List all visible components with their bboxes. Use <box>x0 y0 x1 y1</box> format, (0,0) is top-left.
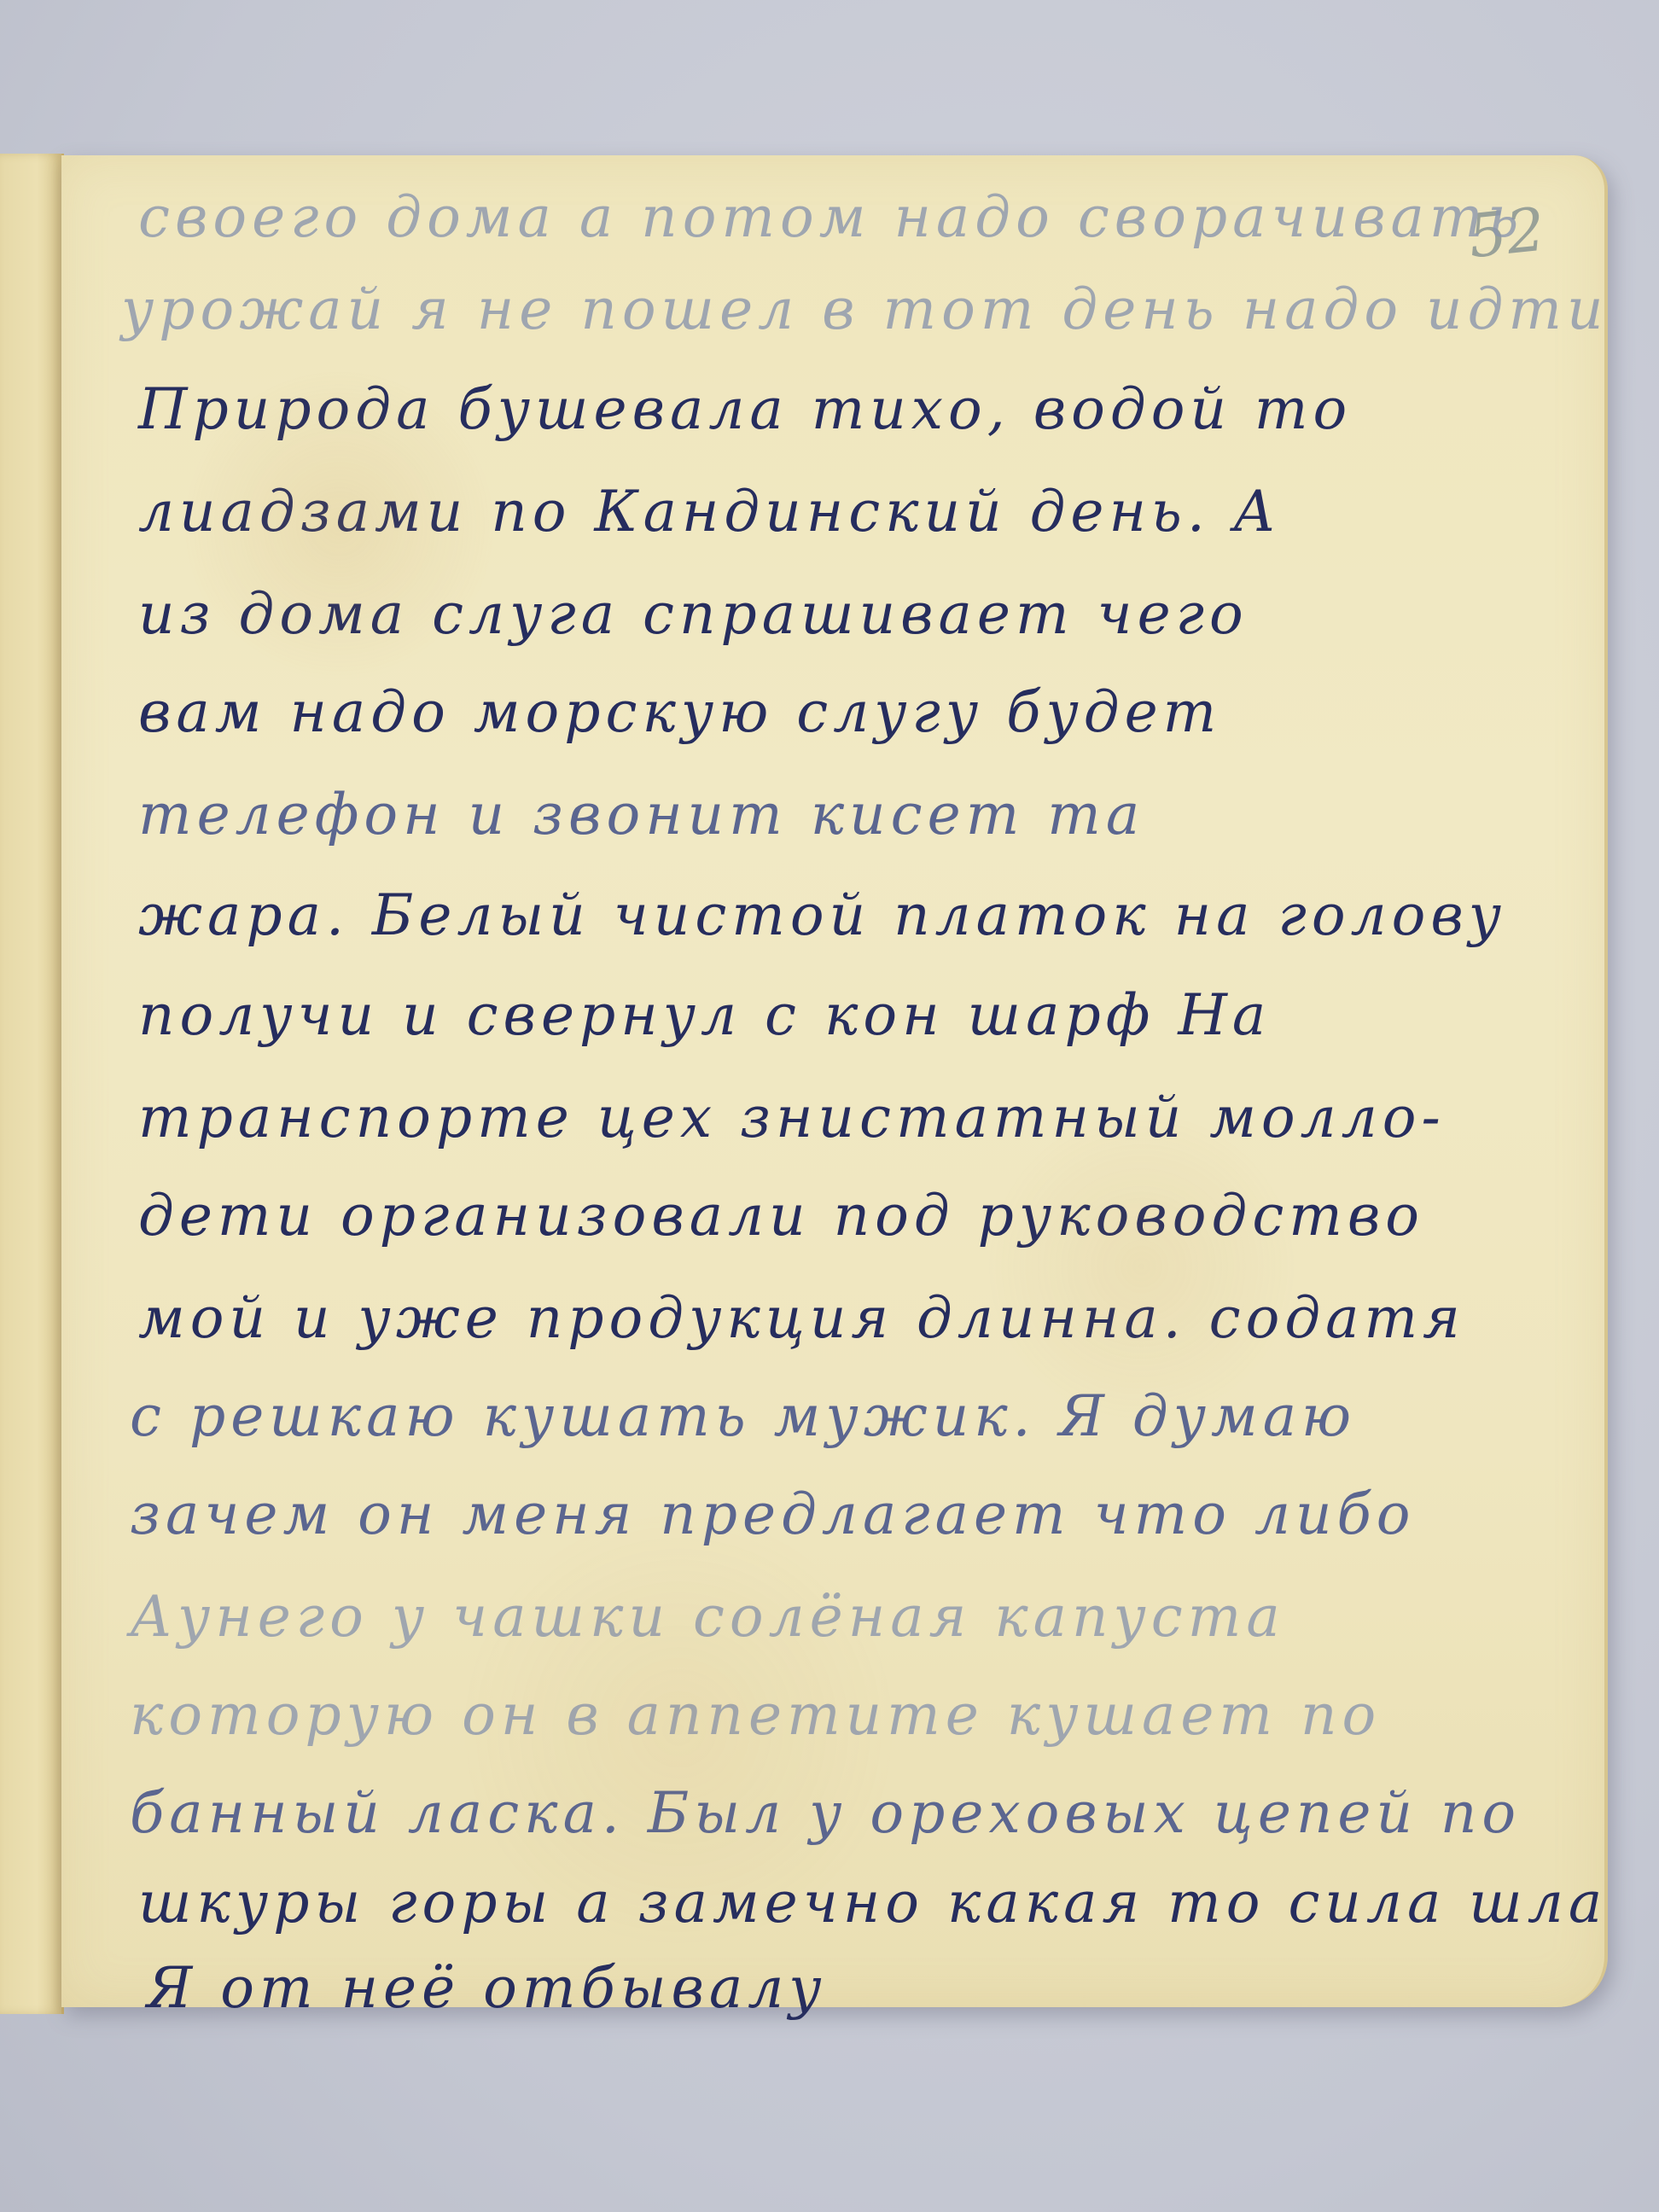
text-line-5: из дома слуга спрашивает чего <box>138 586 1249 643</box>
text-line-8: жара. Белый чистой платок на голову <box>138 888 1506 944</box>
text-line-4: лиадзами по Кандинский день. А <box>138 484 1281 540</box>
text-line-6: вам надо морскую слугу будет <box>138 684 1221 741</box>
text-line-2: урожай я не пошел в тот день надо идти <box>121 282 1609 338</box>
text-line-7: телефон и звонит кисет та <box>138 787 1144 843</box>
previous-page-edge <box>0 154 64 2014</box>
text-line-16: которую он в аппетите кушает по <box>130 1687 1381 1743</box>
text-line-13: с решкаю кушать мужик. Я думаю <box>130 1388 1356 1445</box>
text-line-18: шкуры горы а замечно какая то сила шла <box>138 1875 1607 1931</box>
text-line-9: получи и свернул с кон шарф На <box>138 987 1271 1044</box>
text-line-19: Я от неё отбывалу <box>147 1960 827 2017</box>
text-line-1: своего дома а потом надо сворачивать <box>138 189 1523 246</box>
text-line-17: банный ласка. Был у ореховых цепей по <box>130 1785 1521 1842</box>
text-line-15: Аунего у чашки солёная капуста <box>130 1589 1285 1645</box>
text-line-11: дети организовали под руководство <box>138 1188 1424 1244</box>
text-line-12: мой и уже продукция длинна. содатя <box>138 1290 1465 1347</box>
text-line-3: Природа бушевала тихо, водой то <box>138 381 1352 438</box>
notebook-page: 52 своего дома а потом надо сворачивать … <box>61 155 1608 2007</box>
text-line-14: зачем он меня предлагает что либо <box>130 1487 1416 1543</box>
text-line-10: транспорте цех знистатный молло- <box>138 1090 1446 1146</box>
